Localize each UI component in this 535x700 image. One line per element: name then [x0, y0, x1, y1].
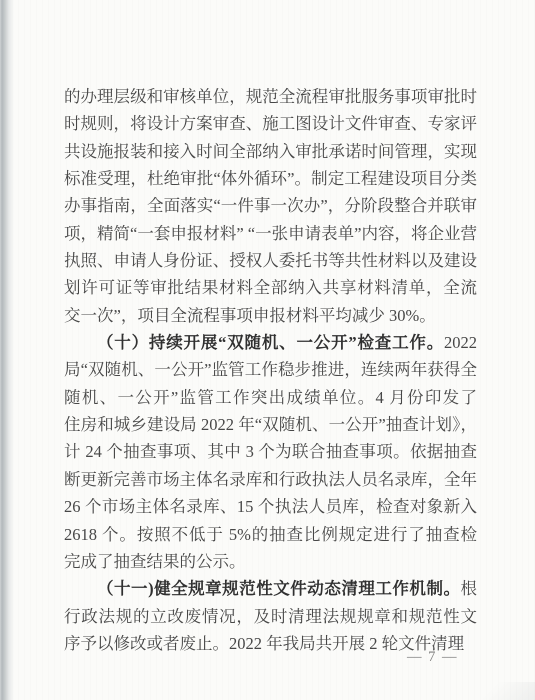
text-line: 时规则，将设计方案审查、施工图设计文件审查、专家评审、公	[64, 110, 477, 137]
body-text: 的办理层级和审核单位，规范全流程审批服务事项审批时限和计	[64, 87, 477, 110]
text-line: 标准受理，杜绝审批“体外循环”。制定工程建设项目分类审批	[64, 165, 477, 192]
text-line: 交一次”，项目全流程事项申报材料平均减少 30%。	[64, 302, 477, 329]
document-body: 的办理层级和审核单位，规范全流程审批服务事项审批时限和计时规则，将设计方案审查、…	[64, 83, 477, 657]
section-heading-text: （十）持续开展“双随机、一公开”检查工作。	[97, 333, 444, 352]
text-line: 的办理层级和审核单位，规范全流程审批服务事项审批时限和计	[64, 83, 477, 110]
body-text: 办事指南，全面落实“一件事一次办”，分阶段整合并联审批事	[64, 196, 477, 219]
body-text: 项，精简“一套申报材料” “一张申请表单”内容，将企业营业	[64, 224, 477, 247]
body-text: 执照、申请人身份证、授权人委托书等共性材料以及建设工程规	[64, 251, 477, 274]
text-line: 划许可证等审批结果材料全部纳入共享材料清单，全流程“只提	[64, 274, 477, 301]
text-line: 执照、申请人身份证、授权人委托书等共性材料以及建设工程规	[64, 247, 477, 274]
scan-edge-shadow	[0, 0, 14, 700]
text-line: 2618 个。按照不低于 5%的抽查比例规定进行了抽查检查，100%	[64, 521, 477, 548]
text-line: 办事指南，全面落实“一件事一次办”，分阶段整合并联审批事	[64, 192, 477, 219]
body-text: 26 个市场主体名录库、15 个执法人员库，检查对象新入库数量	[64, 497, 477, 520]
text-line: 行政法规的立改废情况，及时清理法规规章和规范性文件，按程	[64, 603, 477, 630]
text-line: （十一)健全规章规范性文件动态清理工作机制。根据法律、	[64, 575, 477, 602]
body-text: 时规则，将设计方案审查、施工图设计文件审查、专家评审、公	[64, 114, 477, 137]
text-line: 局“双随机、一公开”监管工作稳步推进，连续两年获得全市“双	[64, 356, 477, 383]
section-heading-text: （十一)健全规章规范性文件动态清理工作机制。	[97, 579, 461, 598]
body-text: 完成了抽查结果的公示。	[64, 552, 246, 571]
scan-corner-shadow	[475, 682, 535, 700]
body-text: 随机、一公开”监管工作突出成绩单位。4 月份印发了《洛阳市	[64, 388, 477, 411]
text-line: （十）持续开展“双随机、一公开”检查工作。2022 年我	[64, 329, 477, 356]
body-text: 局“双随机、一公开”监管工作稳步推进，连续两年获得全市“双	[64, 360, 477, 383]
body-text: 标准受理，杜绝审批“体外循环”。制定工程建设项目分类审批	[64, 169, 477, 192]
body-text: 断更新完善市场主体名录库和行政执法人员名录库，全年新增	[64, 470, 477, 493]
text-line: 断更新完善市场主体名录库和行政执法人员名录库，全年新增	[64, 466, 477, 493]
text-line: 共设施报装和接入时间全部纳入审批承诺时间管理，实现市县同	[64, 138, 477, 165]
body-text: 住房和城乡建设局 2022 年“双随机、一公开”抽查计划》，共	[64, 415, 477, 438]
body-text: 计 24 个抽查事项、其中 3 个为联合抽查事项。依据抽查计划不	[64, 442, 477, 465]
body-text: 序予以修改或者废止。2022 年我局共开展 2 轮文件清理工作，	[64, 634, 464, 657]
text-line: 住房和城乡建设局 2022 年“双随机、一公开”抽查计划》，共	[64, 411, 477, 438]
body-text: 划许可证等审批结果材料全部纳入共享材料清单，全流程“只提	[64, 278, 477, 301]
text-line: 计 24 个抽查事项、其中 3 个为联合抽查事项。依据抽查计划不	[64, 438, 477, 465]
body-text: 行政法规的立改废情况，及时清理法规规章和规范性文件，按程	[64, 607, 477, 630]
text-line: 随机、一公开”监管工作突出成绩单位。4 月份印发了《洛阳市	[64, 384, 477, 411]
body-text: 共设施报装和接入时间全部纳入审批承诺时间管理，实现市县同	[64, 142, 477, 165]
body-text: 2618 个。按照不低于 5%的抽查比例规定进行了抽查检查，100%	[64, 525, 477, 548]
page-number: — 7 —	[407, 649, 458, 666]
body-text: 交一次”，项目全流程事项申报材料平均减少 30%。	[64, 306, 436, 325]
scanned-page: 的办理层级和审核单位，规范全流程审批服务事项审批时限和计时规则，将设计方案审查、…	[0, 0, 535, 700]
text-line: 完成了抽查结果的公示。	[64, 548, 477, 575]
text-line: 项，精简“一套申报材料” “一张申请表单”内容，将企业营业	[64, 220, 477, 247]
text-line: 26 个市场主体名录库、15 个执法人员库，检查对象新入库数量	[64, 493, 477, 520]
